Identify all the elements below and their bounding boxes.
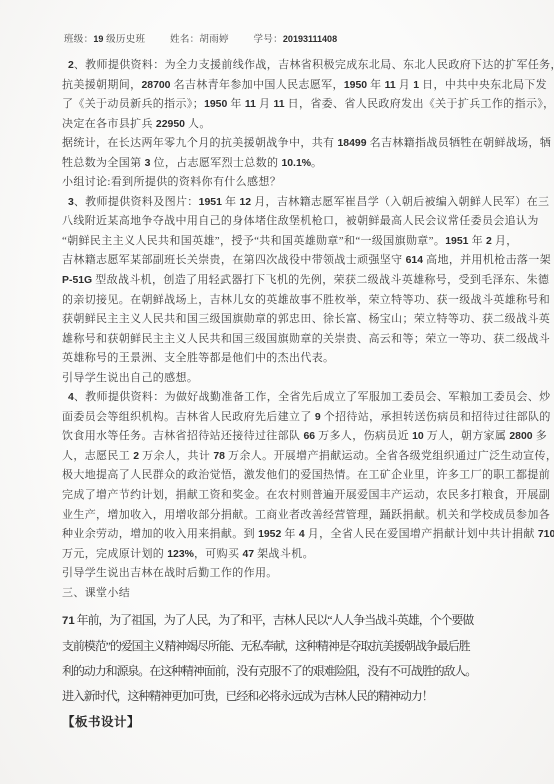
document-line: 引导学生说出自己的感想。 bbox=[62, 369, 502, 389]
document-line: 三、课堂小结 bbox=[62, 584, 502, 604]
document-line: 小组讨论:看到所提供的资料你有什么感想？ bbox=[62, 173, 502, 193]
document-line: 利的动力和源泉。在这种精神面前，没有克服不了的艰难险阻，没有不可战胜的敌人。 bbox=[62, 659, 502, 684]
document-line: 2、教师提供资料：为全力支援前线作战，吉林省积极完成东北局、东北人民政府下达的扩… bbox=[62, 56, 502, 76]
document-line: 获朝鲜民主主义人民共和国三级国旗勋章的郭忠田、徐长富、杨宝山；荣立特等功、获二级… bbox=[62, 310, 502, 330]
document-line: 雄称号和获朝鲜民主主义人民共和国三级国旗勋章的关崇贵、高云和等；荣立一等功、获二… bbox=[62, 330, 502, 350]
document-line: 决定在各市县扩兵 22950 人。 bbox=[62, 115, 502, 135]
document-line: 万元，完成原计划的 123%，可购买 47 架战斗机。 bbox=[62, 545, 502, 565]
document-line: 了《关于动员新兵的指示》；1950 年 11 月 11 日，省委、省人民政府发出… bbox=[62, 95, 502, 115]
document-line: 【板书设计】 bbox=[62, 710, 502, 735]
document-line: 71 年前，为了祖国，为了人民，为了和平，吉林人民以“人人争当战斗英雄，个个要做 bbox=[62, 608, 502, 634]
student-name-field: 姓名：胡雨婷 bbox=[170, 35, 229, 45]
document-line: 3、教师提供资料及图片：1951 年 12 月，吉林籍志愿军崔昌学（入朝后被编入… bbox=[62, 193, 502, 213]
document-header: 班级：19 级历史班 姓名：胡雨婷 学号：20193111408 bbox=[64, 31, 337, 45]
document-line: 引导学生说出吉林在战时后勤工作的作用。 bbox=[62, 564, 502, 584]
document-line: 面委员会等组织机构。吉林省人民政府先后建立了 9 个招待站，承担转送伤病员和招待… bbox=[62, 408, 502, 428]
document-line: P-51G 型敌战斗机，创造了用轻武器打下飞机的先例，荣获二级战斗英雄称号，受到… bbox=[62, 271, 502, 291]
document-page: 班级：19 级历史班 姓名：胡雨婷 学号：20193111408 2、教师提供资… bbox=[0, 0, 554, 784]
document-line: 八线附近某高地争夺战中用自己的身体堵住敌堡机枪口，被朝鲜最高人民会议常任委员会追… bbox=[62, 212, 502, 232]
document-line: 据统计，在长达两年零九个月的抗美援朝战争中，共有 18499 名吉林籍指战员牺牲… bbox=[62, 134, 502, 154]
document-line: 完成了增产节约计划，捐献工资和奖金。在农村则普遍开展爱国丰产运动，农民多打粮食，… bbox=[62, 486, 502, 506]
document-line: 的亲切接见。在朝鲜战场上，吉林儿女的英雄故事不胜枚举，荣立特等功、获一级战斗英雄… bbox=[62, 291, 502, 311]
document-line: 饮食用水等任务。吉林省招待站还接待过往部队 66 万多人，伤病员近 10 万人，… bbox=[62, 427, 502, 447]
document-line: “朝鲜民主主义人民共和国英雄”，授予“共和国英雄勋章”和“一级国旗勋章”。195… bbox=[62, 232, 502, 252]
document-line: 吉林籍志愿军某部副班长关崇贵，在第四次战役中带领战士顽强坚守 614 高地，并用… bbox=[62, 251, 502, 271]
document-line: 业生产，增加收入，用增收部分捐献。工商业者改善经营管理，踊跃捐献。机关和学校成员… bbox=[62, 506, 502, 526]
document-line: 英雄称号的王景洲、支全胜等都是他们中的杰出代表。 bbox=[62, 349, 502, 369]
document-line: 4、教师提供资料：为做好战勤准备工作，全省先后成立了军服加工委员会、军粮加工委员… bbox=[62, 388, 502, 408]
document-line: 种业余劳动，增加的收入用来捐献。到 1952 年 4 月，全省人民在爱国增产捐献… bbox=[62, 525, 502, 545]
document-line: 人，志愿民工 2 万余人，共计 78 万余人。开展增产捐献运动。全省各级党组织通… bbox=[62, 447, 502, 467]
document-body: 2、教师提供资料：为全力支援前线作战，吉林省积极完成东北局、东北人民政府下达的扩… bbox=[62, 56, 502, 735]
document-line: 支前模范”的爱国主义精神竭尽所能、无私奉献，这种精神是夺取抗美援朝战争最后胜 bbox=[62, 634, 502, 659]
document-line: 抗美援朝期间，28700 名吉林青年参加中国人民志愿军，1950 年 11 月 … bbox=[62, 76, 502, 96]
document-line: 进入新时代，这种精神更加可贵，已经和必将永远成为吉林人民的精神动力！ bbox=[62, 684, 502, 709]
student-id-field: 学号：20193111408 bbox=[254, 35, 338, 45]
document-line: 牲总数为全国第 3 位，占志愿军烈士总数的 10.1%。 bbox=[62, 154, 502, 174]
document-line: 极大地提高了人民群众的政治觉悟，激发他们的爱国热情。在工矿企业里，许多工厂的职工… bbox=[62, 466, 502, 486]
class-field: 班级：19 级历史班 bbox=[64, 35, 145, 45]
